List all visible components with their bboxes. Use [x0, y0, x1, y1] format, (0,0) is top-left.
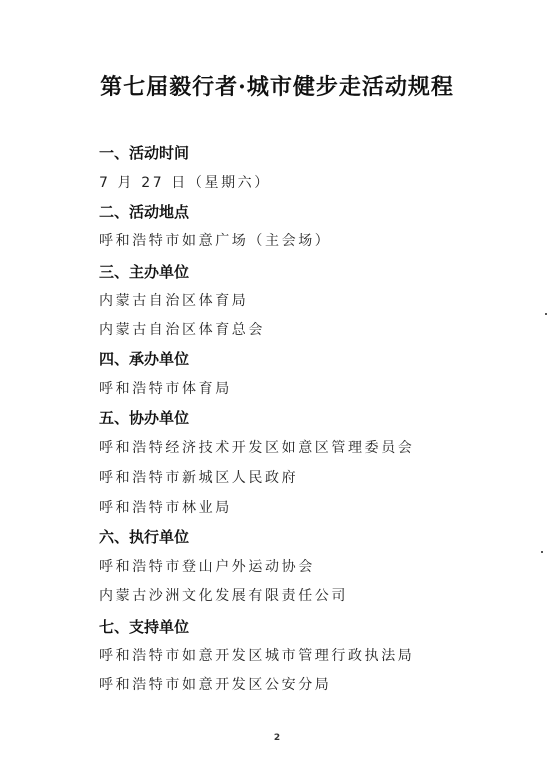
- page-number: 2: [0, 733, 554, 743]
- section-heading-time: 一、活动时间: [99, 142, 189, 163]
- section-heading-organizer: 四、承办单位: [99, 348, 189, 369]
- section-item: 呼和浩特经济技术开发区如意区管理委员会: [99, 437, 414, 457]
- section-item: 内蒙古自治区体育局: [99, 290, 248, 310]
- section-item: 呼和浩特市新城区人民政府: [99, 467, 298, 487]
- section-heading-supporter: 七、支持单位: [99, 616, 189, 637]
- scan-speck: [545, 313, 547, 315]
- section-item: 内蒙古沙洲文化发展有限责任公司: [99, 585, 348, 605]
- section-heading-executor: 六、执行单位: [99, 526, 189, 547]
- document-title: 第七届毅行者·城市健步走活动规程: [0, 70, 554, 101]
- section-item: 7 月 27 日（星期六）: [99, 172, 271, 192]
- section-item: 呼和浩特市如意开发区公安分局: [99, 674, 331, 694]
- section-item: 呼和浩特市如意广场（主会场）: [99, 230, 331, 250]
- section-heading-location: 二、活动地点: [99, 201, 189, 222]
- section-heading-host: 三、主办单位: [99, 261, 189, 282]
- section-item: 呼和浩特市如意开发区城市管理行政执法局: [99, 645, 414, 665]
- section-item: 内蒙古自治区体育总会: [99, 319, 265, 339]
- section-item: 呼和浩特市林业局: [99, 497, 232, 517]
- section-item: 呼和浩特市体育局: [99, 378, 232, 398]
- section-heading-co-organizer: 五、协办单位: [99, 407, 189, 428]
- section-item: 呼和浩特市登山户外运动协会: [99, 556, 315, 576]
- document-page: 第七届毅行者·城市健步走活动规程 一、活动时间 7 月 27 日（星期六） 二、…: [0, 0, 554, 782]
- scan-speck: [541, 551, 543, 553]
